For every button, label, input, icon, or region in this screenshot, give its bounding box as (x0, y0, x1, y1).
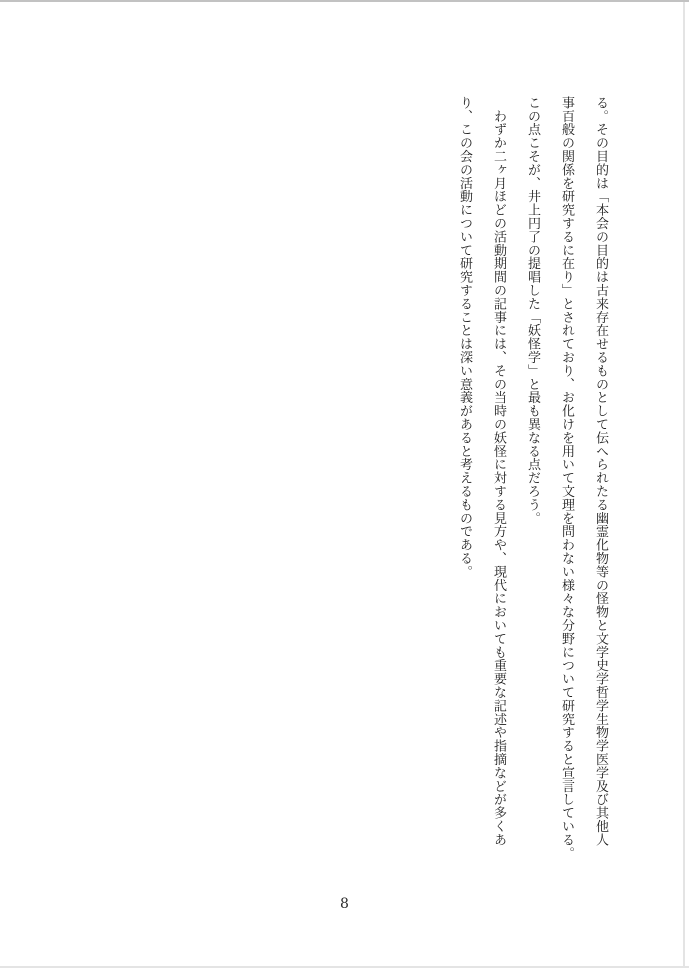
text-column-4: わずか二ヶ月ほどの活動期間の記事には、その当時の妖怪に対する見方や、現代において… (481, 96, 515, 868)
text-column-1: る。その目的は「本会の目的は古来存在せるものとして伝へられたる幽霊化物等の怪物と… (583, 96, 617, 868)
vertical-text-block: る。その目的は「本会の目的は古来存在せるものとして伝へられたる幽霊化物等の怪物と… (447, 96, 617, 868)
page-bottom-edge (0, 966, 689, 968)
page-top-edge (0, 0, 689, 2)
page-number: 8 (0, 896, 689, 912)
text-column-3: この点こそが、井上円了の提唱した「妖怪学」と最も異なる点だろう。 (515, 96, 549, 868)
document-page: る。その目的は「本会の目的は古来存在せるものとして伝へられたる幽霊化物等の怪物と… (0, 0, 689, 973)
text-column-5: り、この会の活動について研究することは深い意義があると考えるものである。 (447, 96, 481, 868)
text-column-2: 事百般の関係を研究するに在り」とされており、お化けを用いて文理を問わない様々な分… (549, 96, 583, 868)
page-right-edge (683, 2, 685, 966)
